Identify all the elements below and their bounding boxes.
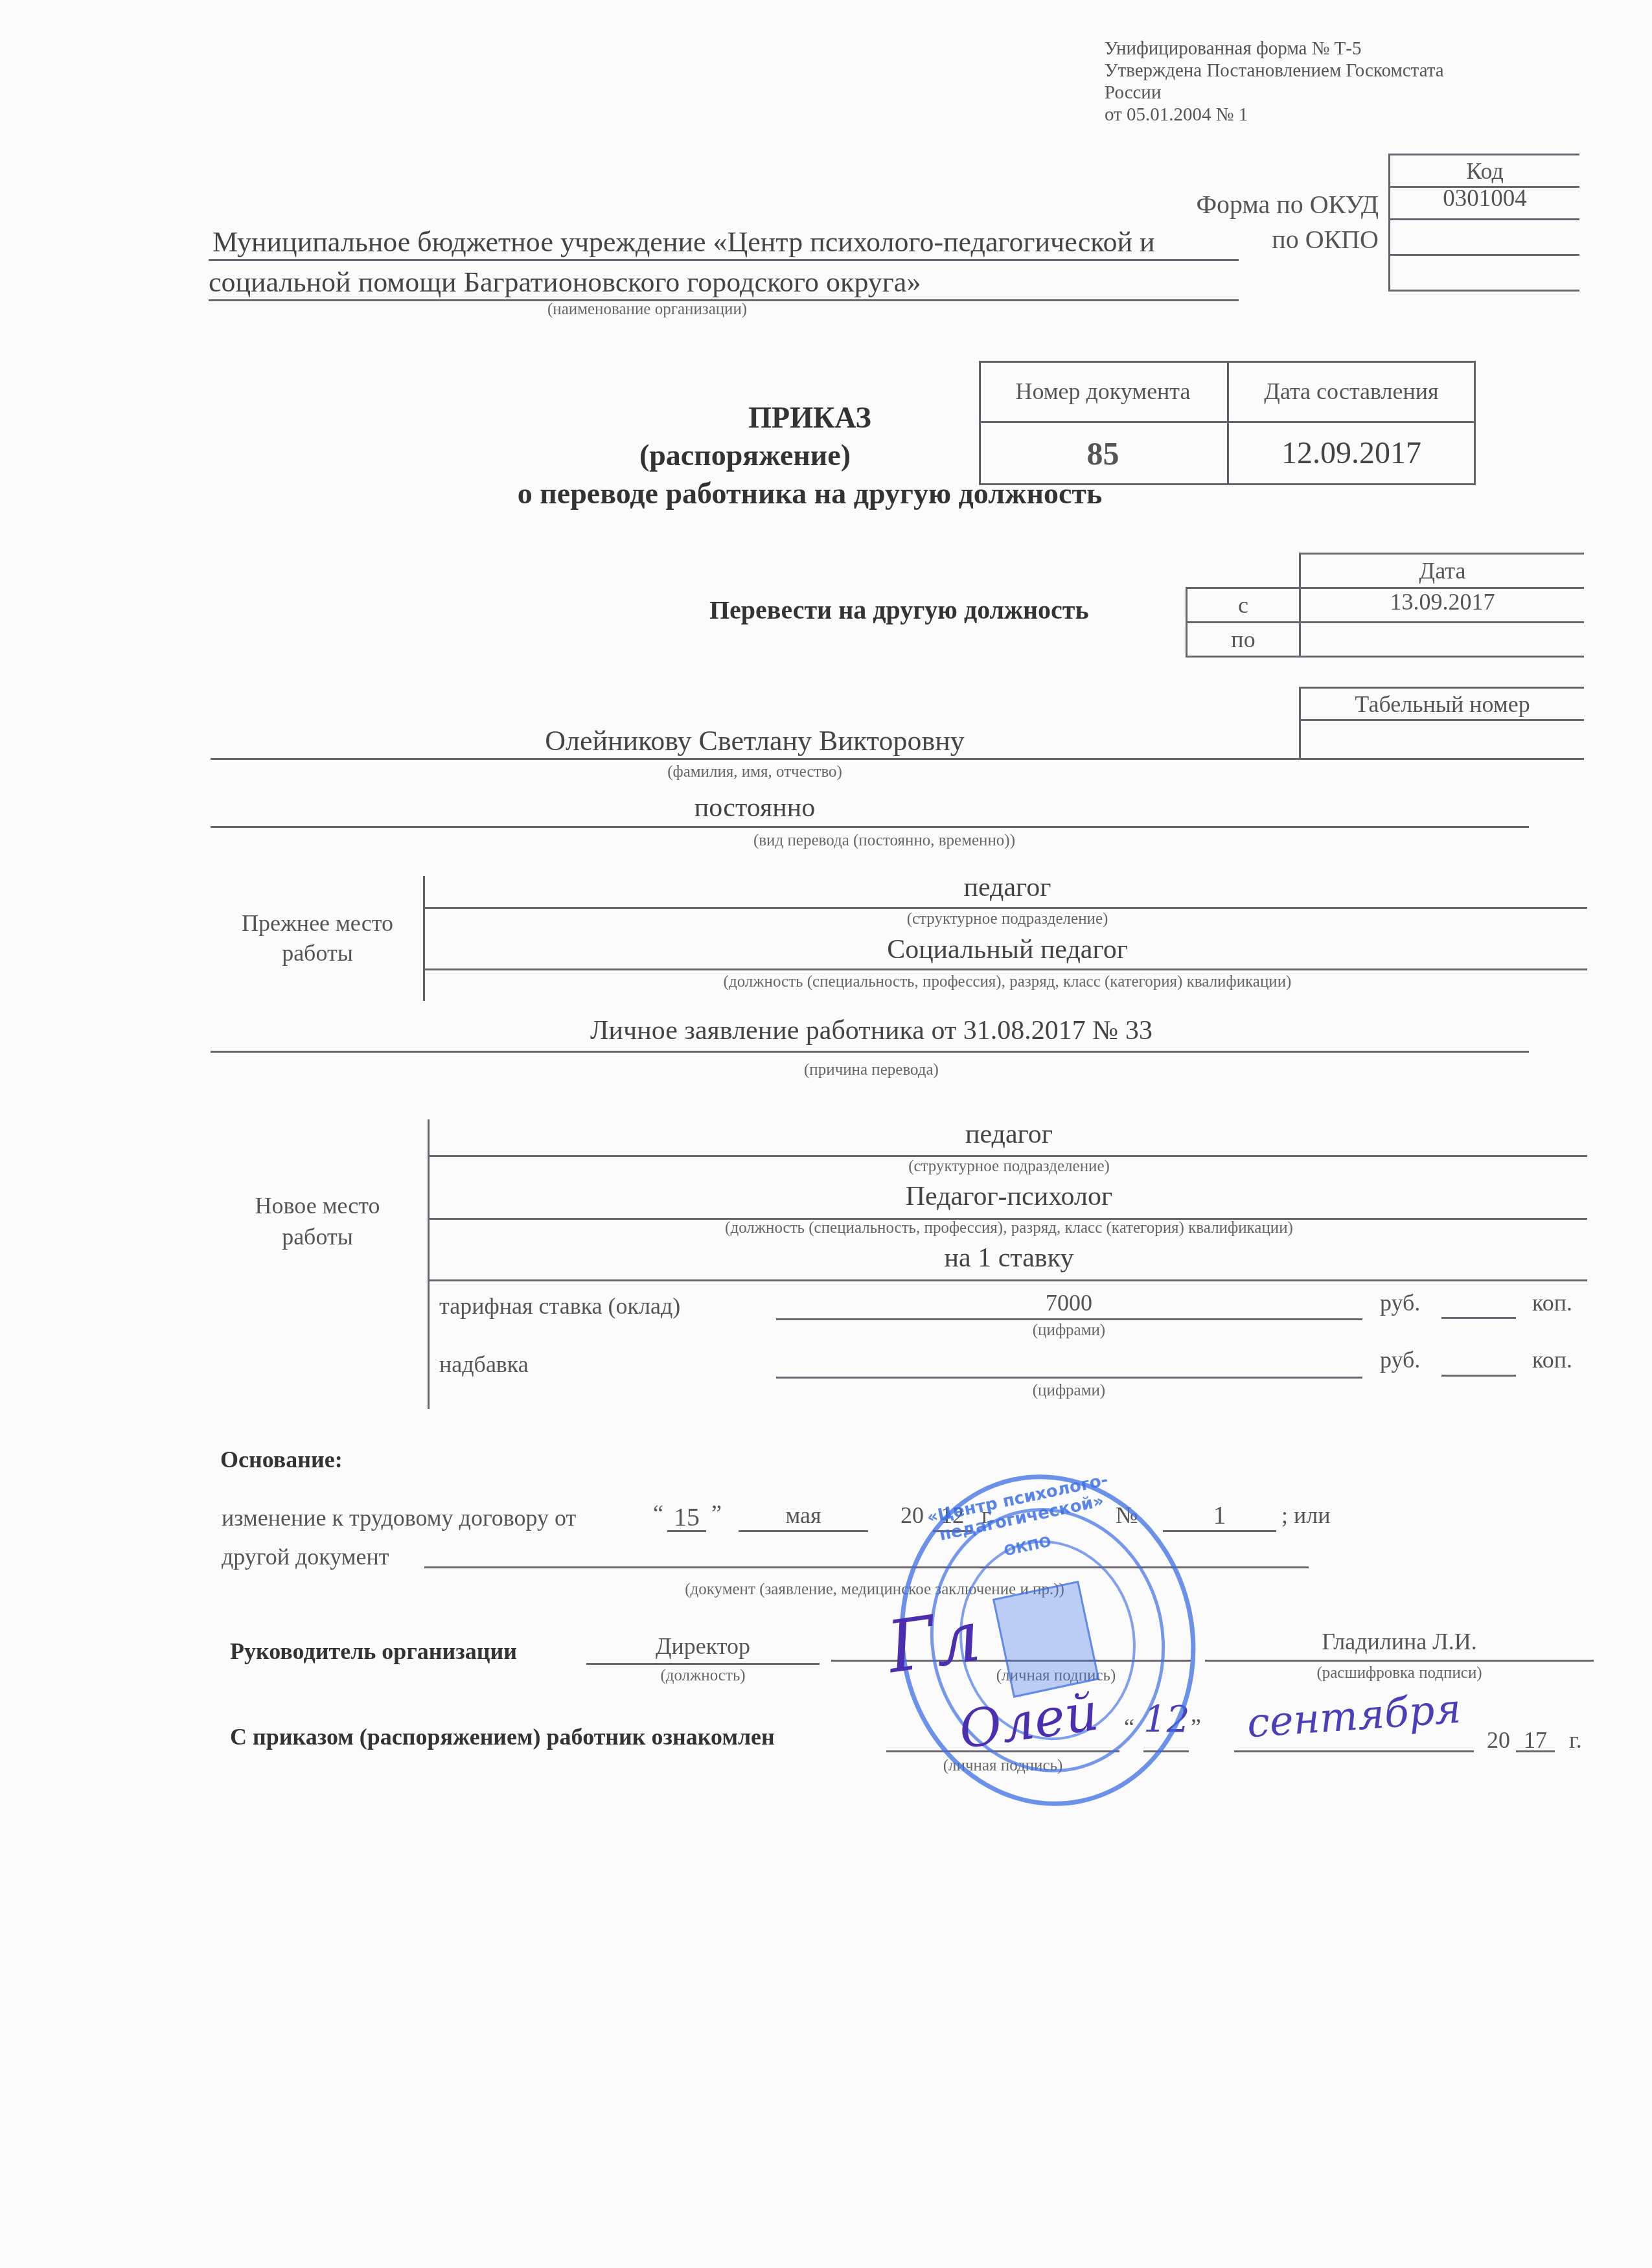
transfer-from-date: 13.09.2017 bbox=[1301, 586, 1584, 618]
previous-place-bracket bbox=[423, 876, 425, 1001]
organization-name-line1: Муниципальное бюджетное учреждение «Цент… bbox=[212, 225, 1155, 258]
organization-caption: (наименование организации) bbox=[547, 301, 747, 319]
head-name-caption: (расшифровка подписи) bbox=[1205, 1664, 1594, 1682]
new-department-caption: (структурное подразделение) bbox=[431, 1158, 1587, 1176]
okpo-label: по ОКПО bbox=[1272, 224, 1379, 255]
transfer-type: постоянно bbox=[214, 792, 1296, 823]
transfer-type-caption: (вид перевода (постоянно, временно)) bbox=[343, 832, 1425, 850]
new-rate: на 1 ставку bbox=[431, 1243, 1587, 1274]
okud-label: Форма по ОКУД bbox=[1196, 189, 1379, 220]
salary-caption: (цифрами) bbox=[777, 1322, 1360, 1340]
head-position: Директор bbox=[586, 1632, 820, 1660]
basis-contract-label: изменение к трудовому договору от bbox=[222, 1504, 576, 1531]
salary-label: тарифная ставка (оклад) bbox=[439, 1292, 680, 1320]
bonus-rub: руб. bbox=[1380, 1346, 1420, 1373]
bonus-caption: (цифрами) bbox=[777, 1382, 1360, 1400]
organization-name-line2: социальной помощи Багратионовского город… bbox=[209, 266, 921, 299]
form-approval-country: России bbox=[1105, 82, 1161, 104]
employee-name: Олейникову Светлану Викторовну bbox=[214, 724, 1296, 757]
document-number-header: Номер документа bbox=[979, 361, 1227, 421]
new-place-label-line1: Новое место bbox=[220, 1192, 415, 1219]
basis-or: ; или bbox=[1281, 1502, 1331, 1529]
bonus-label: надбавка bbox=[439, 1351, 529, 1378]
transfer-to-label: по bbox=[1187, 623, 1299, 656]
head-name: Гладилина Л.И. bbox=[1205, 1628, 1594, 1655]
employee-name-caption: (фамилия, имя, отчество) bbox=[214, 763, 1296, 781]
codes-header: Код bbox=[1390, 155, 1579, 186]
document-subtitle: (распоряжение) bbox=[518, 438, 972, 472]
tab-number bbox=[1301, 721, 1584, 758]
salary-kop: коп. bbox=[1532, 1289, 1572, 1316]
basis-title: Основание: bbox=[220, 1446, 343, 1473]
ack-month: сентября bbox=[1233, 1684, 1475, 1748]
okud-code: 0301004 bbox=[1390, 183, 1579, 214]
ack-year-suffix: г. bbox=[1569, 1726, 1582, 1754]
transfer-reason: Личное заявление работника от 31.08.2017… bbox=[214, 1015, 1529, 1046]
new-department: педагог bbox=[431, 1119, 1587, 1150]
previous-department-caption: (структурное подразделение) bbox=[428, 910, 1587, 928]
salary-rub: руб. bbox=[1380, 1289, 1420, 1316]
head-position-caption: (должность) bbox=[586, 1667, 820, 1685]
ack-label: С приказом (распоряжением) работник озна… bbox=[230, 1723, 775, 1750]
form-approval: Утверждена Постановлением Госкомстата bbox=[1105, 60, 1444, 82]
form-name: Унифицированная форма № Т-5 bbox=[1105, 38, 1361, 60]
previous-position: Социальный педагог bbox=[428, 934, 1587, 965]
salary-kop-field bbox=[1441, 1317, 1516, 1319]
head-signature: Гл bbox=[882, 1594, 985, 1690]
document-date-header: Дата составления bbox=[1227, 361, 1476, 421]
new-place-bracket bbox=[428, 1119, 430, 1409]
bonus-kop: коп. bbox=[1532, 1346, 1572, 1373]
transfer-label: Перевести на другую должность bbox=[709, 595, 1089, 625]
transfer-from-label: с bbox=[1187, 589, 1299, 621]
document-title: ПРИКАЗ bbox=[648, 400, 972, 435]
document-subject: о переводе работника на другую должность bbox=[389, 476, 1231, 510]
head-label: Руководитель организации bbox=[230, 1638, 517, 1665]
transfer-reason-caption: (причина перевода) bbox=[214, 1061, 1529, 1079]
basis-number: 1 bbox=[1163, 1500, 1276, 1530]
basis-month: мая bbox=[739, 1502, 868, 1529]
ack-year-prefix: 20 bbox=[1487, 1726, 1510, 1754]
previous-place-label-line2: работы bbox=[220, 939, 415, 967]
basis-other-label: другой документ bbox=[222, 1543, 389, 1570]
form-approval-date: от 05.01.2004 № 1 bbox=[1105, 104, 1248, 126]
new-position: Педагог-психолог bbox=[431, 1181, 1587, 1212]
extra-code bbox=[1390, 256, 1579, 290]
basis-day: 15 bbox=[667, 1502, 706, 1532]
previous-department: педагог bbox=[428, 872, 1587, 903]
document-date: 12.09.2017 bbox=[1227, 421, 1476, 485]
previous-place-label-line1: Прежнее место bbox=[220, 908, 415, 938]
new-position-caption: (должность (специальность, профессия), р… bbox=[431, 1219, 1587, 1237]
previous-position-caption: (должность (специальность, профессия), р… bbox=[428, 973, 1587, 991]
tab-number-header: Табельный номер bbox=[1301, 689, 1584, 719]
okpo-code bbox=[1390, 220, 1579, 254]
transfer-date-header: Дата bbox=[1301, 555, 1584, 587]
new-place-label-line2: работы bbox=[220, 1223, 415, 1250]
bonus-kop-field bbox=[1441, 1375, 1516, 1377]
transfer-to-date bbox=[1301, 623, 1584, 656]
ack-year: 17 bbox=[1516, 1726, 1555, 1754]
salary-value: 7000 bbox=[777, 1289, 1360, 1316]
